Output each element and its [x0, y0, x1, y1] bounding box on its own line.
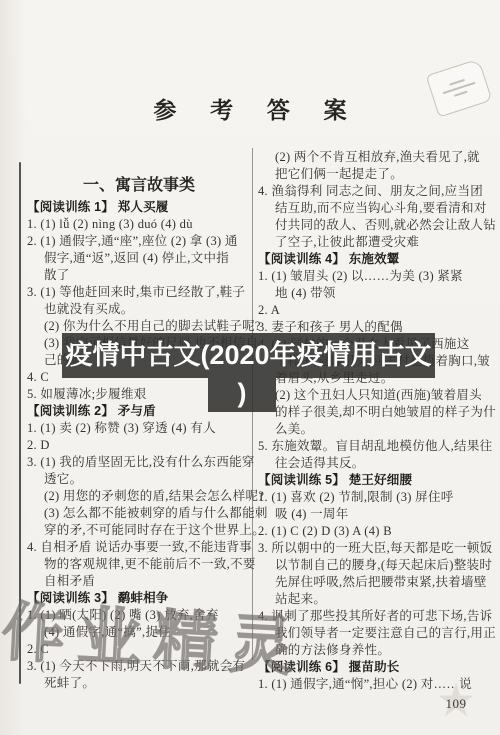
page-number-block: ★ 109 [428, 680, 484, 732]
answer-line: 了空子,让彼此都遭受灾难 [258, 234, 492, 251]
answer-line: 5. 东施效颦。盲目胡乱地模仿他人,结果往 [258, 438, 492, 455]
answer-line: 4. 自相矛盾 说话办事要一致,不能违背事 [27, 539, 253, 556]
answer-line: 站起来。 [258, 591, 492, 608]
answer-line: 结互助,而不应当钩心斗角,要看清和对 [258, 200, 492, 217]
page-title: 参 考 答 案 [0, 92, 500, 125]
section-header-line: 【阅读训练 4】 东施效颦 [258, 251, 492, 268]
answer-line: 4. 渔翁得利 同志之间、朋友之间,应当团 [258, 183, 492, 200]
section-heading: 一、寓言故事类 [27, 172, 251, 195]
page-number: 109 [428, 696, 484, 712]
answer-line: 么美。 [258, 421, 492, 438]
answer-line: (3) 怎么都不能被刺穿的盾与什么都能刺 [27, 505, 253, 522]
answer-line: 透它。 [27, 471, 253, 488]
answer-line: 散了 [27, 267, 253, 284]
section-header-line: 【阅读训练 5】 楚王好细腰 [258, 472, 492, 489]
answer-line: 2. D [27, 437, 253, 454]
answer-line: 1. (1) 喜欢 (2) 节制,限制 (3) 屏住呼 [258, 489, 492, 506]
answer-line: 往会适得其反。 [258, 455, 492, 472]
answer-line: 1. (1) 皱眉头 (2) 以……为美 (3) 紧紧 [258, 268, 492, 285]
answer-line: 把它们俩一起提走了。 [258, 166, 492, 183]
answer-line: 2. A [258, 302, 492, 319]
answer-line: (2) 用您的矛刺您的盾,结果会怎么样呢? [27, 488, 253, 505]
answer-line: 3. (1) 我的盾坚固无比,没有什么东西能穿 [27, 454, 253, 471]
answer-line: 物的客观规律,更不能前后不一致,不要 [27, 556, 253, 573]
scanned-answer-page: 参 考 答 案 一、寓言故事类 【阅读训练 1】 郑人买履1. (1) lǚ (… [0, 0, 500, 735]
answer-line: 付共同的敌人、否则,就必然会让敌人钻 [258, 217, 492, 234]
answer-line: 2. (1) 通假字,通“座”,座位 (2) 拿 (3) 通 [27, 233, 253, 250]
answer-line: 1. (1) lǚ (2) nìng (3) duó (4) dù [27, 216, 253, 233]
answer-line: 以节制自己的腰身,(每天起床后)整装时 [258, 557, 492, 574]
answer-line: 也就没有买成。 [27, 301, 253, 318]
section-header-line: 【阅读训练 1】 郑人买履 [27, 199, 253, 216]
watermark-text: 作业精灵 [0, 581, 284, 688]
answer-line: 3. (1) 等他赶回来时,集市已经散了,鞋子 [27, 284, 253, 301]
answer-line: 地 (4) 带领 [258, 285, 492, 302]
answer-line: (2) 这个丑妇人只知道(西施)皱着眉头 [258, 387, 492, 404]
answer-line: 吸 (4) 一周年 [258, 506, 492, 523]
answer-line: 假字,通“返”,返回 (4) 停止,文中指 [27, 250, 253, 267]
answer-line: 先屏住呼吸,然后把腰带束紧,扶着墙壁 [258, 574, 492, 591]
answer-line: 1. (1) 卖 (2) 称赞 (3) 穿透 (4) 有人 [27, 420, 253, 437]
answer-line: 2. (1) C (2) D (3) A (4) B [258, 523, 492, 540]
overlay-banner-line1: 疫情中古文(2020年疫情用古文 [62, 333, 435, 378]
answer-line: 的样子很美,却不明白她皱眉的样子为什 [258, 404, 492, 421]
answer-line: (2) 两个不肯互相放弃,渔夫看见了,就 [258, 149, 492, 166]
overlay-banner-line2: ) [208, 378, 276, 412]
answer-line: 穿的矛,不可能同时存在于这个世界上。 [27, 522, 253, 539]
answer-line: 3. 所以朝中的一班大臣,每天都是吃一顿饭 [258, 540, 492, 557]
